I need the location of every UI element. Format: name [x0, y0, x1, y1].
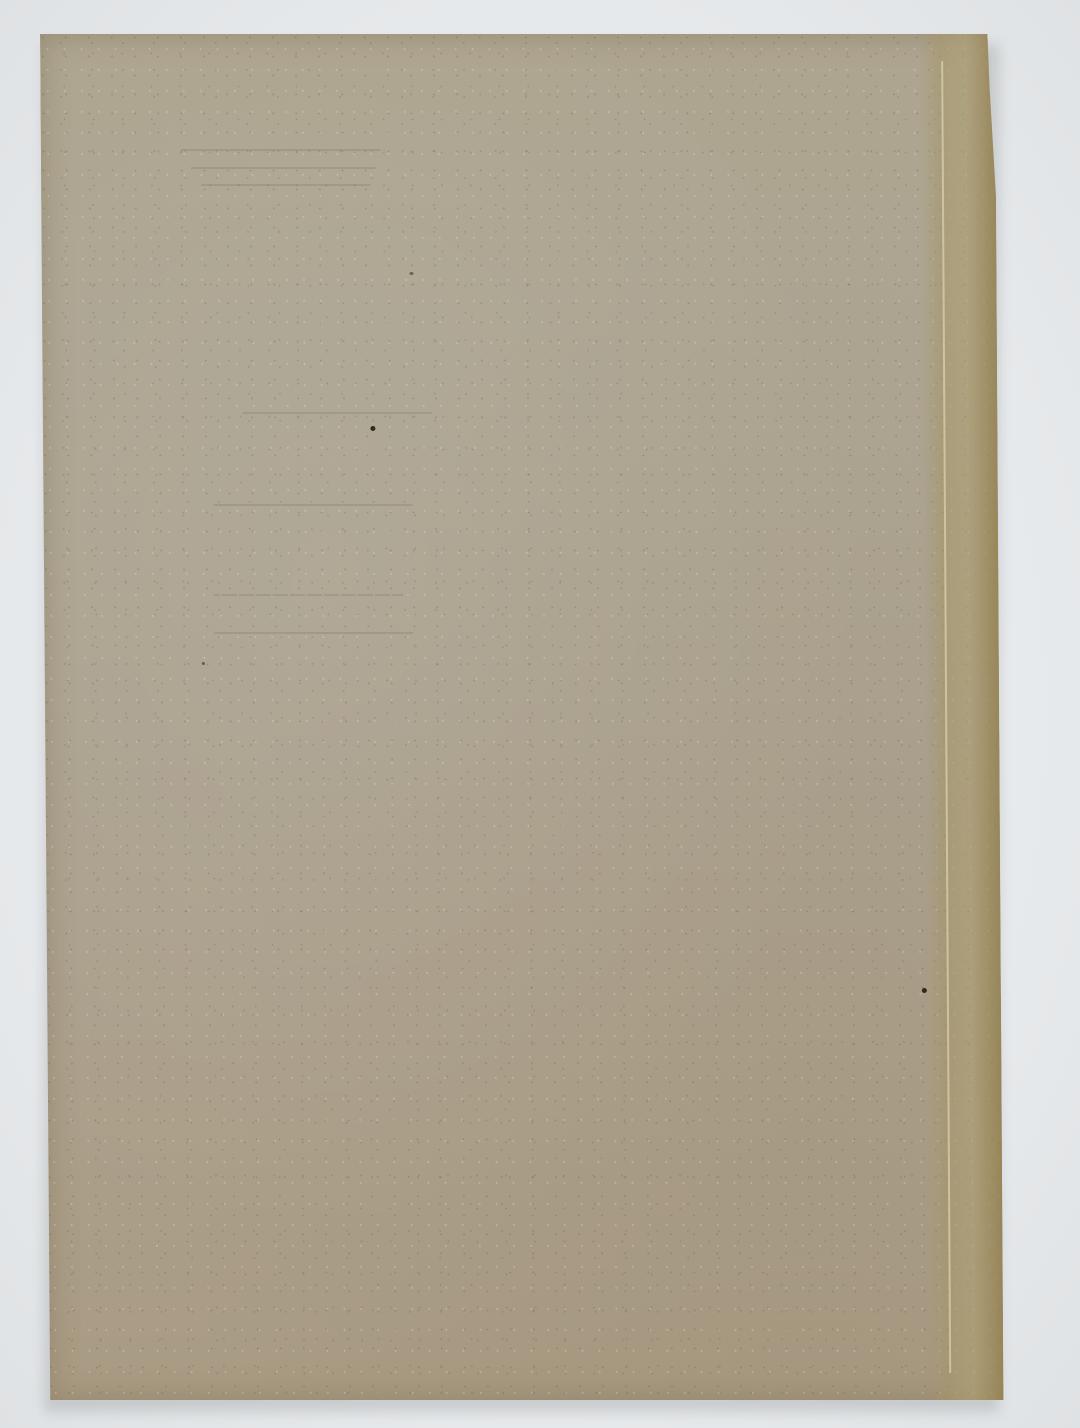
booklet-spine	[920, 34, 1003, 1400]
ink-speck	[202, 662, 205, 665]
show-through-mark	[191, 167, 376, 169]
show-through-mark	[242, 412, 432, 414]
show-through-mark	[201, 184, 371, 186]
ink-speck	[409, 272, 413, 275]
show-through-mark	[214, 632, 414, 634]
ink-speck	[370, 426, 375, 431]
booklet-back-cover	[40, 34, 1003, 1400]
show-through-mark	[181, 149, 381, 151]
show-through-mark	[213, 504, 413, 506]
show-through-mark	[213, 594, 403, 596]
